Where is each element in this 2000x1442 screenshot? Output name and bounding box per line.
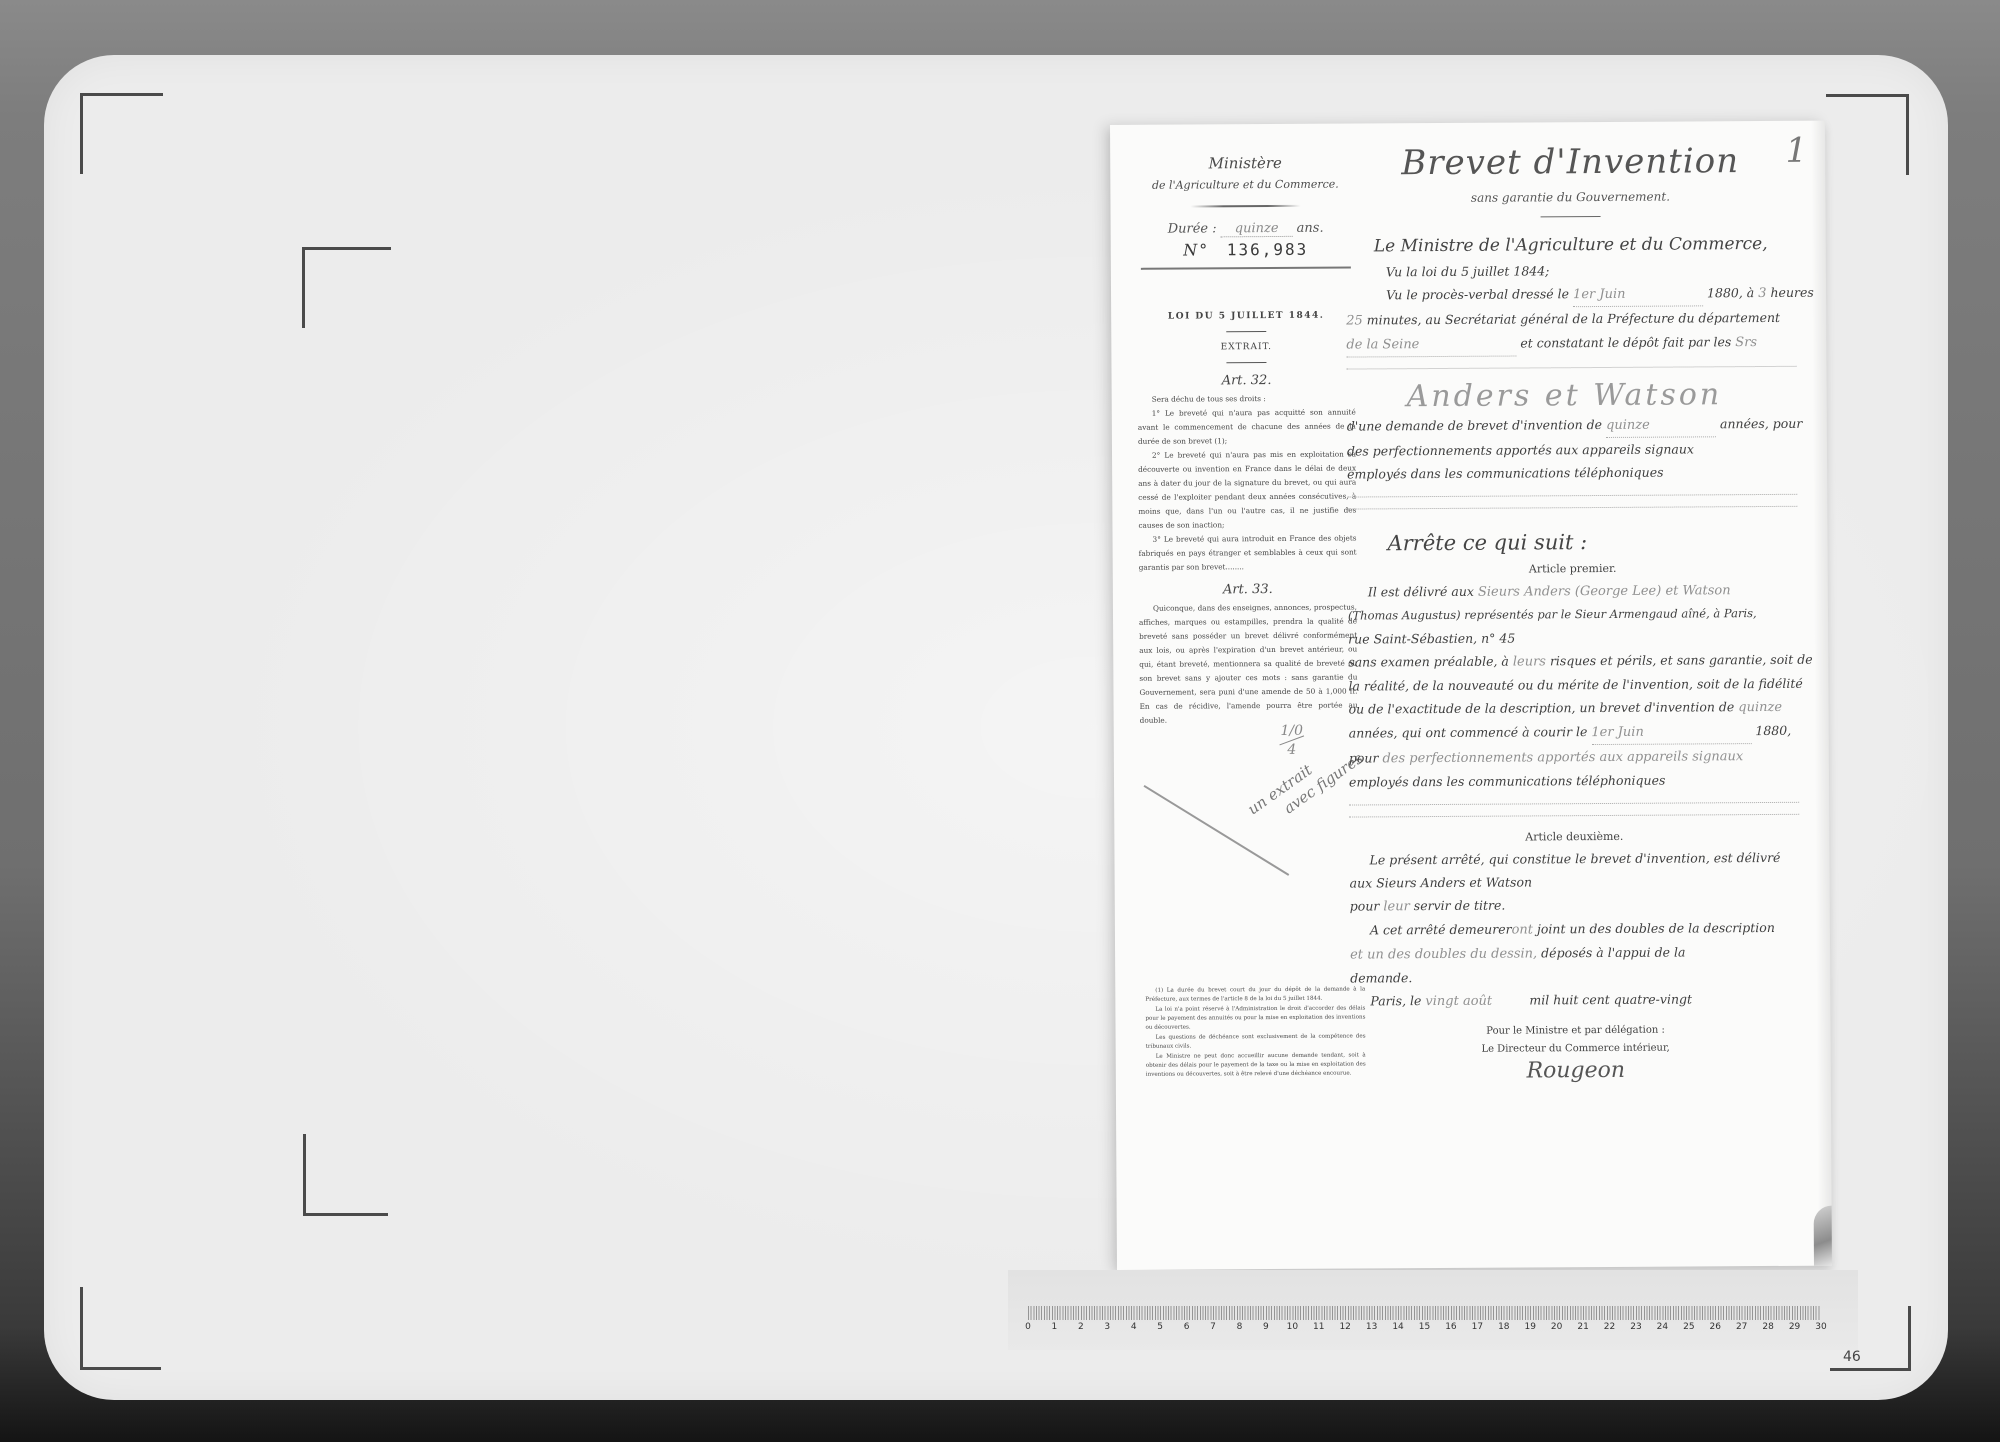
article-33-heading: Art. 33.: [1133, 581, 1363, 597]
article-2-recipients: aux Sieurs Anders et Watson: [1350, 869, 1800, 895]
article-32-paragraph: 3° Le breveté qui aura introduit en Fran…: [1138, 532, 1356, 575]
article-2-annex: déposés à l'appui de la: [1541, 945, 1685, 961]
article-1-line: sans examen préalable, à leurs risques e…: [1348, 648, 1798, 675]
date-suffix: mil huit cent quatre-vingt: [1529, 991, 1692, 1007]
duration-value: quinze: [1221, 221, 1293, 237]
article-2-annex-hand: et un des doubles du dessin,: [1350, 946, 1537, 962]
department-line: de la Seine et constatant le dépôt fait …: [1346, 330, 1796, 358]
article-2-line: A cet arrêté demeureront joint un des do…: [1350, 916, 1800, 943]
request-suffix: années, pour: [1720, 416, 1802, 432]
right-column: Brevet d'Invention sans garantie du Gouv…: [1345, 141, 1801, 1082]
ruler-label: 22: [1604, 1322, 1615, 1332]
article-1-text: sans examen préalable, à: [1348, 654, 1509, 670]
footnote-block: (1) La durée du brevet court du jour du …: [1145, 985, 1366, 1080]
article-1-text: risques et périls, et sans garantie, soi…: [1550, 652, 1813, 669]
duration-label: Durée :: [1168, 221, 1217, 236]
short-divider: [1226, 331, 1266, 332]
department-value: de la Seine: [1346, 333, 1516, 358]
ornament-divider: [1190, 205, 1300, 208]
pv-hour: 3: [1758, 286, 1766, 301]
plate-number: 46: [1843, 1349, 1861, 1365]
article-1-line: Il est délivré aux Sieurs Anders (George…: [1348, 578, 1798, 605]
article-2-line: et un des doubles du dessin, déposés à l…: [1350, 940, 1800, 967]
duration-unit: ans.: [1297, 221, 1324, 236]
vu-proces-verbal-line: Vu le procès-verbal dressé le 1er Juin 1…: [1386, 281, 1796, 309]
request-years: quinze: [1606, 413, 1716, 438]
footnote-paragraph: Les questions de déchéance sont exclusiv…: [1146, 1032, 1366, 1051]
extract-label: EXTRAIT.: [1131, 341, 1361, 352]
blank-line: [1347, 493, 1797, 498]
crop-mark-outer-bottom-left: [80, 1287, 161, 1370]
article-1-line: la réalité, de la nouveauté ou du mérite…: [1348, 672, 1798, 698]
ruler-label: 14: [1392, 1322, 1403, 1332]
ruler-label: 5: [1157, 1322, 1163, 1332]
patent-number: 136,983: [1227, 240, 1309, 259]
article-33-text: Quiconque, dans des enseignes, annonces,…: [1133, 600, 1364, 727]
article-1-prefix: Il est délivré aux: [1368, 584, 1474, 600]
ruler-label: 9: [1263, 1322, 1269, 1332]
article-1-invention: des perfectionnements apportés aux appar…: [1382, 749, 1743, 766]
article-1-text: ou de l'exactitude de la description, un…: [1349, 699, 1735, 716]
ruler-labels: 0123456789101112131415161718192021222324…: [1028, 1322, 1821, 1336]
left-column: Ministère de l'Agriculture et du Commerc…: [1130, 153, 1363, 727]
article-1-year: 1880,: [1755, 723, 1791, 738]
ruler-label: 26: [1710, 1322, 1721, 1332]
ruler-label: 7: [1210, 1322, 1216, 1332]
article-2-annex: un des doubles de la description: [1569, 920, 1775, 936]
ruler-label: 28: [1762, 1322, 1773, 1332]
signature-line: Le Directeur du Commerce intérieur,: [1351, 1039, 1801, 1060]
law-title: LOI DU 5 JUILLET 1844.: [1131, 310, 1361, 321]
vu-loi-line: Vu la loi du 5 juillet 1844;: [1386, 258, 1796, 284]
patent-number-row: N° 136,983: [1131, 239, 1361, 259]
number-prefix: N°: [1183, 240, 1209, 259]
minutes-value: 25: [1346, 313, 1363, 328]
footnote-paragraph: (1) La durée du brevet court du jour du …: [1145, 985, 1365, 1004]
ruler-label: 6: [1184, 1322, 1190, 1332]
article-1-address: rue Saint-Sébastien, n° 45: [1348, 625, 1798, 651]
request-prefix: d'une demande de brevet d'invention de: [1347, 417, 1602, 434]
ruler-label: 0: [1025, 1322, 1031, 1332]
article-1-line: pour des perfectionnements apportés aux …: [1349, 744, 1799, 771]
minutes-text: minutes, au Secrétariat général de la Pr…: [1367, 310, 1780, 328]
article-2-annex-hand: ont: [1512, 922, 1534, 937]
crop-mark-inner-bottom-left: [303, 1134, 388, 1216]
blank-line: [1346, 365, 1796, 370]
pv-prefix: Vu le procès-verbal dressé le: [1386, 286, 1569, 302]
blank-line: [1349, 801, 1799, 806]
article-2-leur: leur: [1383, 899, 1410, 914]
ruler-label: 15: [1419, 1322, 1430, 1332]
article-1-start: 1er Juin: [1591, 720, 1751, 745]
invention-line: employés dans les communications télépho…: [1347, 460, 1797, 486]
article-1-invention-cont: employés dans les communications télépho…: [1349, 768, 1799, 794]
article-1-heading: Article premier.: [1348, 561, 1798, 577]
article-32-paragraph: 2° Le breveté qui n'aura pas mis en expl…: [1138, 448, 1357, 533]
deposit-suffix: Srs: [1735, 335, 1757, 350]
article-2-titre: servir de titre.: [1414, 898, 1506, 914]
ruler-label: 25: [1683, 1322, 1694, 1332]
article-2-line: pour leur servir de titre.: [1350, 892, 1800, 919]
article-33-paragraph: Quiconque, dans des enseignes, annonces,…: [1139, 601, 1358, 728]
ruler-label: 1: [1052, 1322, 1058, 1332]
minutes-line: 25 minutes, au Secrétariat général de la…: [1346, 306, 1796, 333]
ruler-label: 13: [1366, 1322, 1377, 1332]
crop-mark-outer-top-right: [1826, 94, 1909, 175]
ruler-label: 27: [1736, 1322, 1747, 1332]
ruler-label: 24: [1657, 1322, 1668, 1332]
ruler-label: 8: [1237, 1322, 1243, 1332]
signature: Rougeon: [1351, 1061, 1801, 1082]
article-2-line: Le présent arrêté, qui constitue le brev…: [1349, 846, 1799, 872]
ruler-label: 3: [1104, 1322, 1110, 1332]
patent-document: Ministère de l'Agriculture et du Commerc…: [1110, 121, 1832, 1270]
ruler-label: 11: [1313, 1322, 1324, 1332]
document-title: Brevet d'Invention: [1345, 141, 1795, 184]
ruler-label: 18: [1498, 1322, 1509, 1332]
applicant-names: Anders et Watson: [1407, 377, 1797, 414]
ruler-label: 29: [1789, 1322, 1800, 1332]
article-1-pour: pour: [1349, 750, 1379, 765]
pv-hours-label: heures: [1770, 285, 1813, 300]
ruler-label: 12: [1339, 1322, 1350, 1332]
article-2-line: demande.: [1350, 964, 1800, 990]
article-2-annex: A cet arrêté demeurer: [1370, 922, 1512, 938]
ruler-label: 17: [1472, 1322, 1483, 1332]
invention-line: des perfectionnements apportés aux appar…: [1347, 437, 1797, 463]
article-32-text: Sera déchu de tous ses droits : 1° Le br…: [1132, 391, 1363, 574]
request-line: d'une demande de brevet d'invention de q…: [1347, 412, 1797, 440]
arrete-heading: Arrête ce qui suit :: [1387, 529, 1797, 556]
ruler-label: 4: [1131, 1322, 1137, 1332]
article-2-joint: joint: [1537, 921, 1566, 936]
article-1-line: années, qui ont commencé à courir le 1er…: [1349, 719, 1799, 747]
article-1-line: ou de l'exactitude de la description, un…: [1349, 695, 1799, 722]
article-32-paragraph: Sera déchu de tous ses droits :: [1138, 392, 1356, 407]
date-prefix: Paris, le: [1370, 993, 1421, 1008]
article-2-pour: pour: [1350, 898, 1380, 913]
minister-line: Le Ministre de l'Agriculture et du Comme…: [1346, 234, 1796, 257]
signature-block: Pour le Ministre et par délégation : Le …: [1350, 1021, 1800, 1082]
ruler-ticks: [1028, 1306, 1821, 1320]
article-32-heading: Art. 32.: [1132, 372, 1362, 388]
document-subtitle: sans garantie du Gouvernement.: [1345, 189, 1795, 206]
date-value: vingt août: [1425, 989, 1525, 1013]
duration-row: Durée : quinze ans.: [1131, 220, 1361, 236]
blank-line: [1347, 505, 1797, 510]
ruler-label: 20: [1551, 1322, 1562, 1332]
footnote-paragraph: Le Ministre ne peut donc accueillir aucu…: [1146, 1051, 1366, 1079]
article-1-risk: leurs: [1513, 654, 1546, 669]
ornament-divider: [1541, 216, 1601, 217]
pencil-fraction-annotation: 1/0 4: [1279, 724, 1305, 757]
measurement-ruler: 0123456789101112131415161718192021222324…: [1008, 1270, 1858, 1350]
ruler-label: 23: [1630, 1322, 1641, 1332]
ruler-label: 30: [1815, 1322, 1826, 1332]
divider-rule: [1141, 267, 1351, 270]
crop-mark-inner-top-left: [302, 247, 391, 328]
ruler-label: 19: [1524, 1322, 1535, 1332]
short-divider: [1226, 362, 1266, 363]
article-1-text: années, qui ont commencé à courir le: [1349, 724, 1588, 740]
article-1-years: quinze: [1738, 700, 1782, 715]
ruler-label: 10: [1287, 1322, 1298, 1332]
blank-line: [1349, 813, 1799, 818]
deposit-text: et constatant le dépôt fait par les: [1520, 334, 1731, 350]
date-line: Paris, le vingt août mil huit cent quatr…: [1350, 987, 1800, 1014]
ministry-heading: Ministère: [1130, 153, 1360, 172]
pv-year: 1880, à: [1707, 285, 1754, 300]
ruler-label: 2: [1078, 1322, 1084, 1332]
page-fold-corner: [1814, 1206, 1832, 1266]
crop-mark-outer-top-left: [80, 93, 163, 174]
ruler-label: 16: [1445, 1322, 1456, 1332]
fraction-bottom: 4: [1287, 742, 1296, 758]
article-32-paragraph: 1° Le breveté qui n'aura pas acquitté so…: [1138, 406, 1356, 449]
ministry-subheading: de l'Agriculture et du Commerce.: [1130, 177, 1360, 191]
article-2-heading: Article deuxième.: [1349, 829, 1799, 845]
pv-date: 1er Juin: [1573, 282, 1703, 307]
ruler-label: 21: [1577, 1322, 1588, 1332]
footnote-paragraph: La loi n'a point réservé à l'Administrat…: [1145, 1004, 1365, 1032]
article-1-recipients: Sieurs Anders (George Lee) et Watson: [1478, 583, 1731, 600]
article-1-recipients-cont: (Thomas Augustus) représentés par le Sie…: [1348, 602, 1798, 628]
